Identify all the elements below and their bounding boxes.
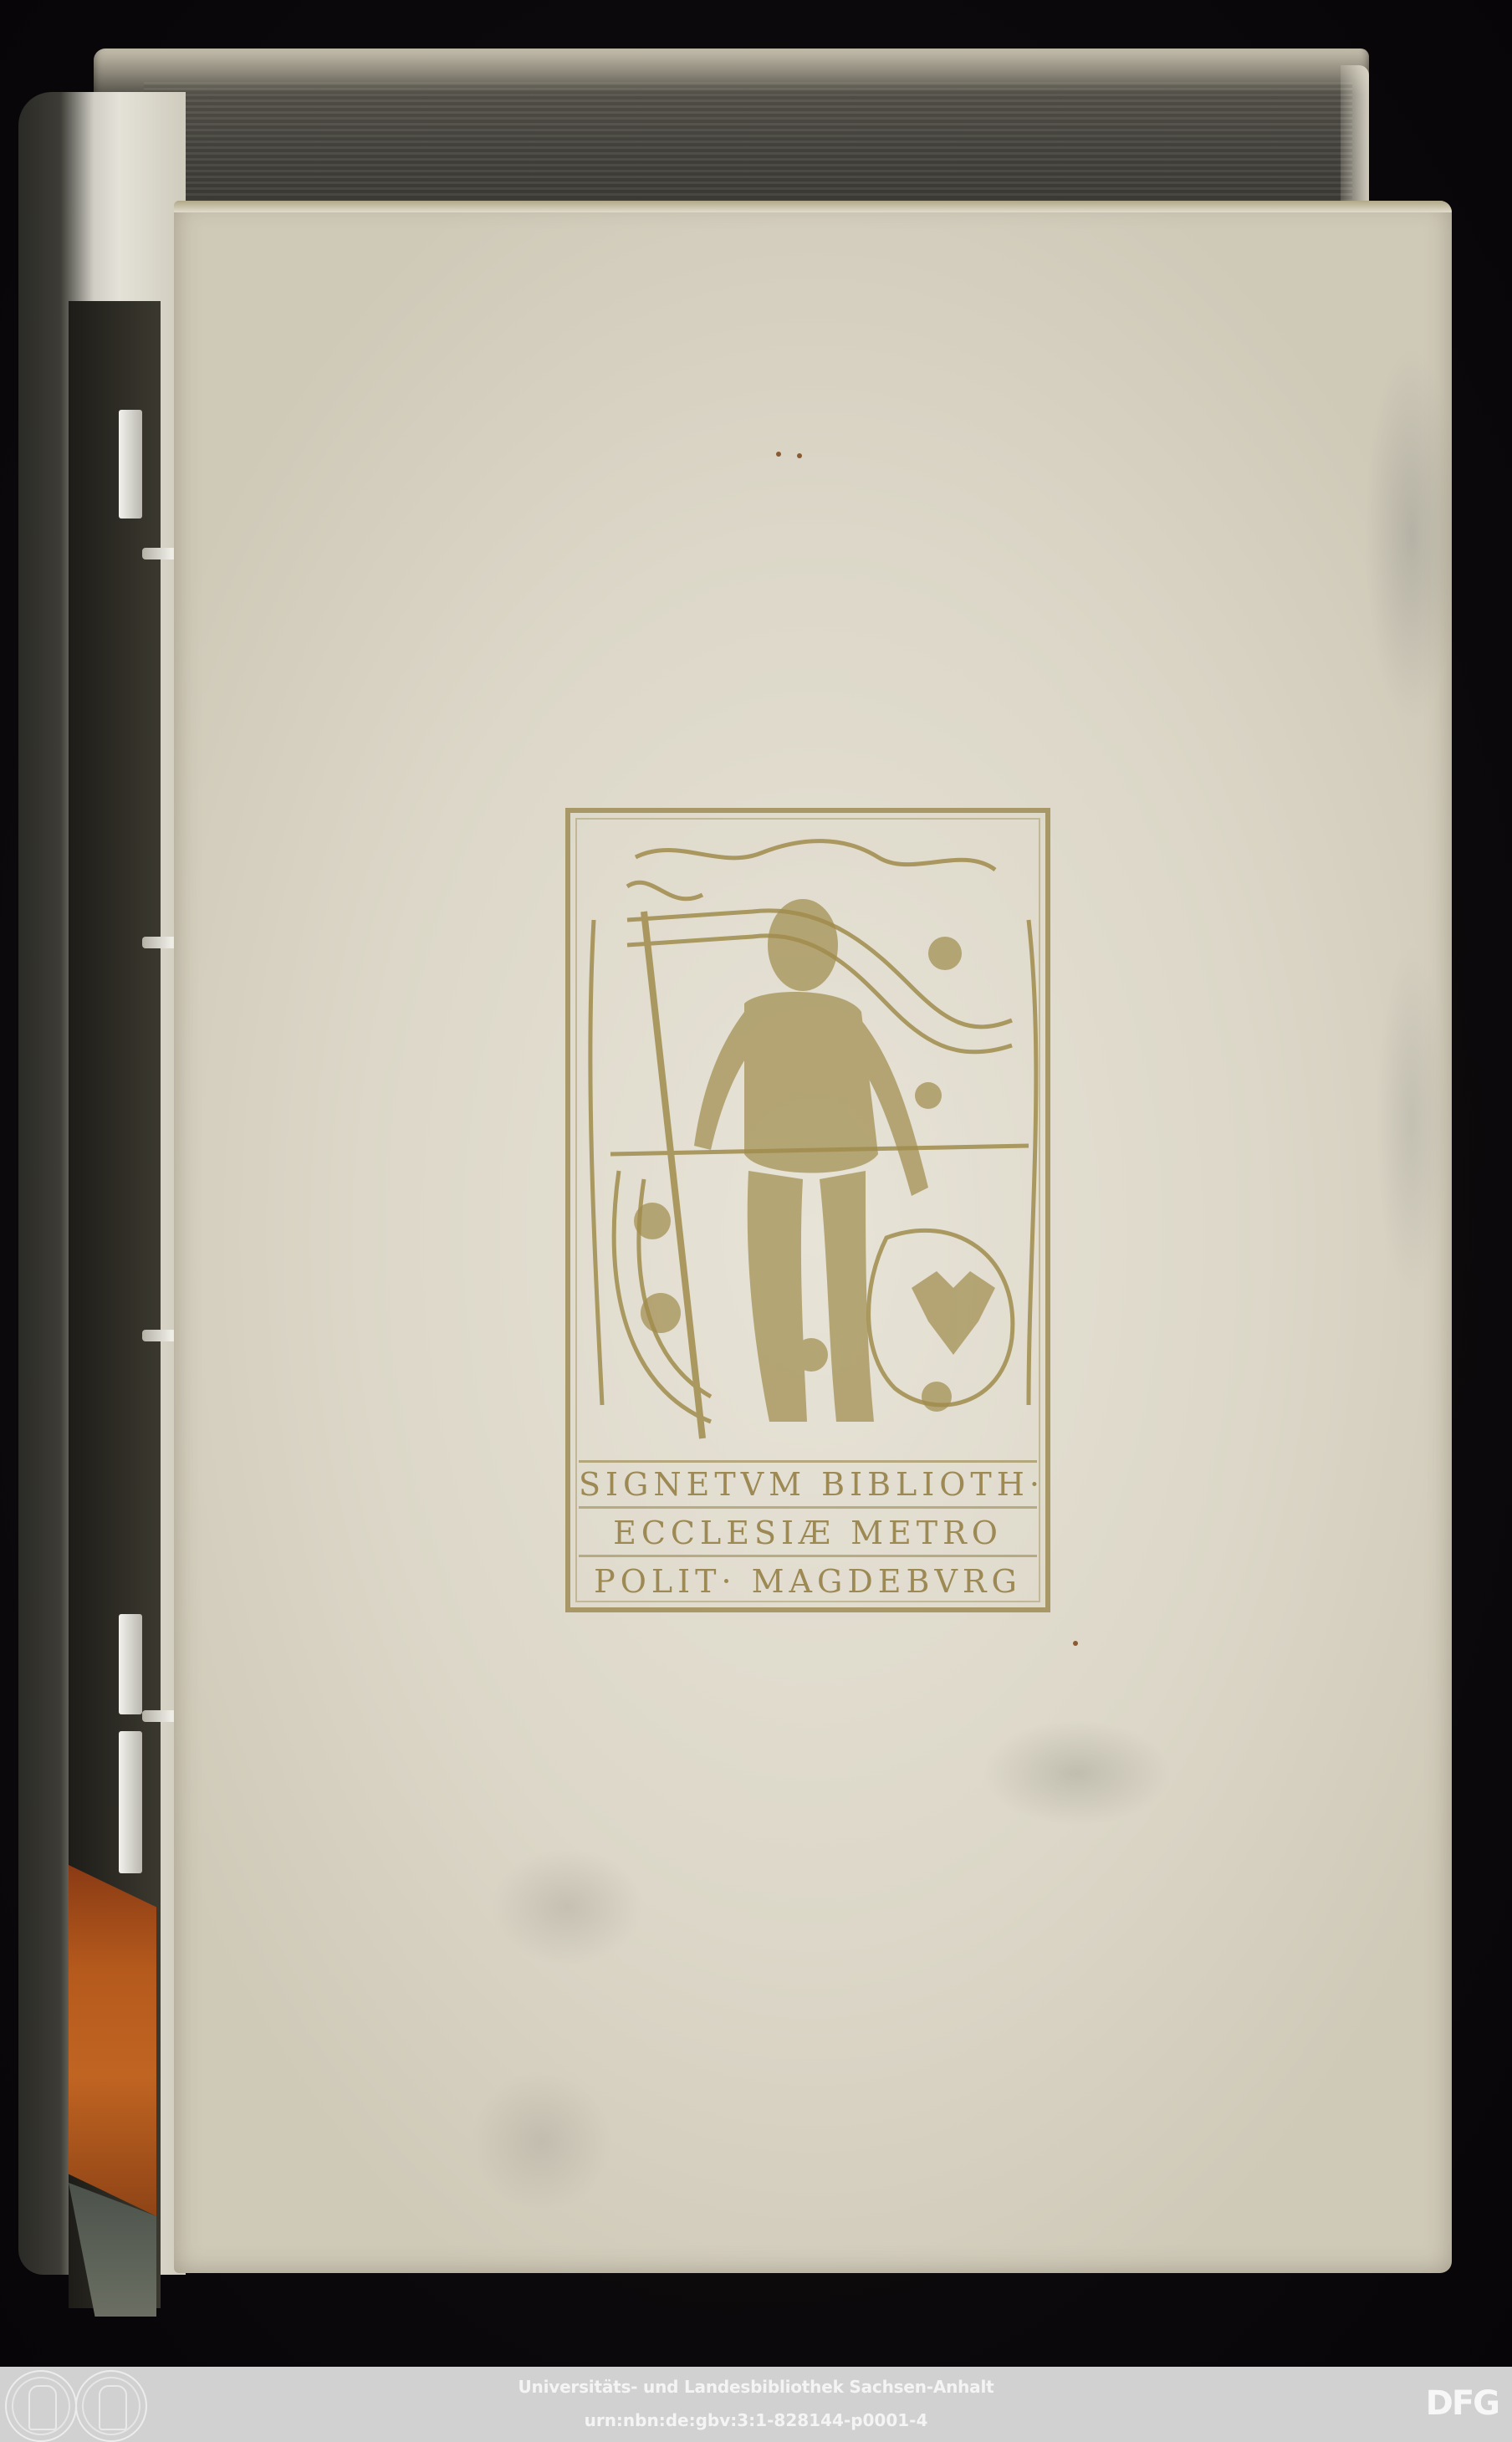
spine-vellum-fray (119, 1614, 142, 1714)
stamp-inscription: SIGNETVM BIBLIOTH· ECCLESIÆ METRO POLIT·… (579, 1460, 1037, 1603)
urn-identifier[interactable]: urn:nbn:de:gbv:3:1-828144-p0001-4 (0, 2410, 1512, 2430)
cover-spot (797, 453, 802, 458)
dfg-logo-icon: DFG (1426, 2387, 1499, 2420)
viewer-footer: Universitäts- und Landesbibliothek Sachs… (0, 2367, 1512, 2442)
library-stamp: SIGNETVM BIBLIOTH· ECCLESIÆ METRO POLIT·… (565, 808, 1050, 1612)
cover-top-edge (174, 201, 1452, 212)
spine-vellum-fray (119, 1731, 142, 1873)
spine-vellum-fray (119, 410, 142, 519)
book-scan-image: SIGNETVM BIBLIOTH· ECCLESIÆ METRO POLIT·… (0, 0, 1512, 2367)
stamp-inscription-line: SIGNETVM BIBLIOTH· (579, 1463, 1037, 1509)
stamp-inscription-line: ECCLESIÆ METRO (579, 1511, 1037, 1557)
front-cover: SIGNETVM BIBLIOTH· ECCLESIÆ METRO POLIT·… (174, 201, 1452, 2273)
cover-spot (1073, 1641, 1078, 1646)
stamp-inscription-line: POLIT· MAGDEBVRG (579, 1560, 1037, 1603)
cover-spot (776, 452, 781, 457)
book-spine (18, 92, 186, 2275)
institution-name: Universitäts- und Landesbibliothek Sachs… (0, 2377, 1512, 2397)
spine-label-orange (69, 1865, 156, 2216)
armored-knight-stamp-icon (577, 820, 1039, 1455)
page-block-top-edge (94, 49, 1369, 216)
